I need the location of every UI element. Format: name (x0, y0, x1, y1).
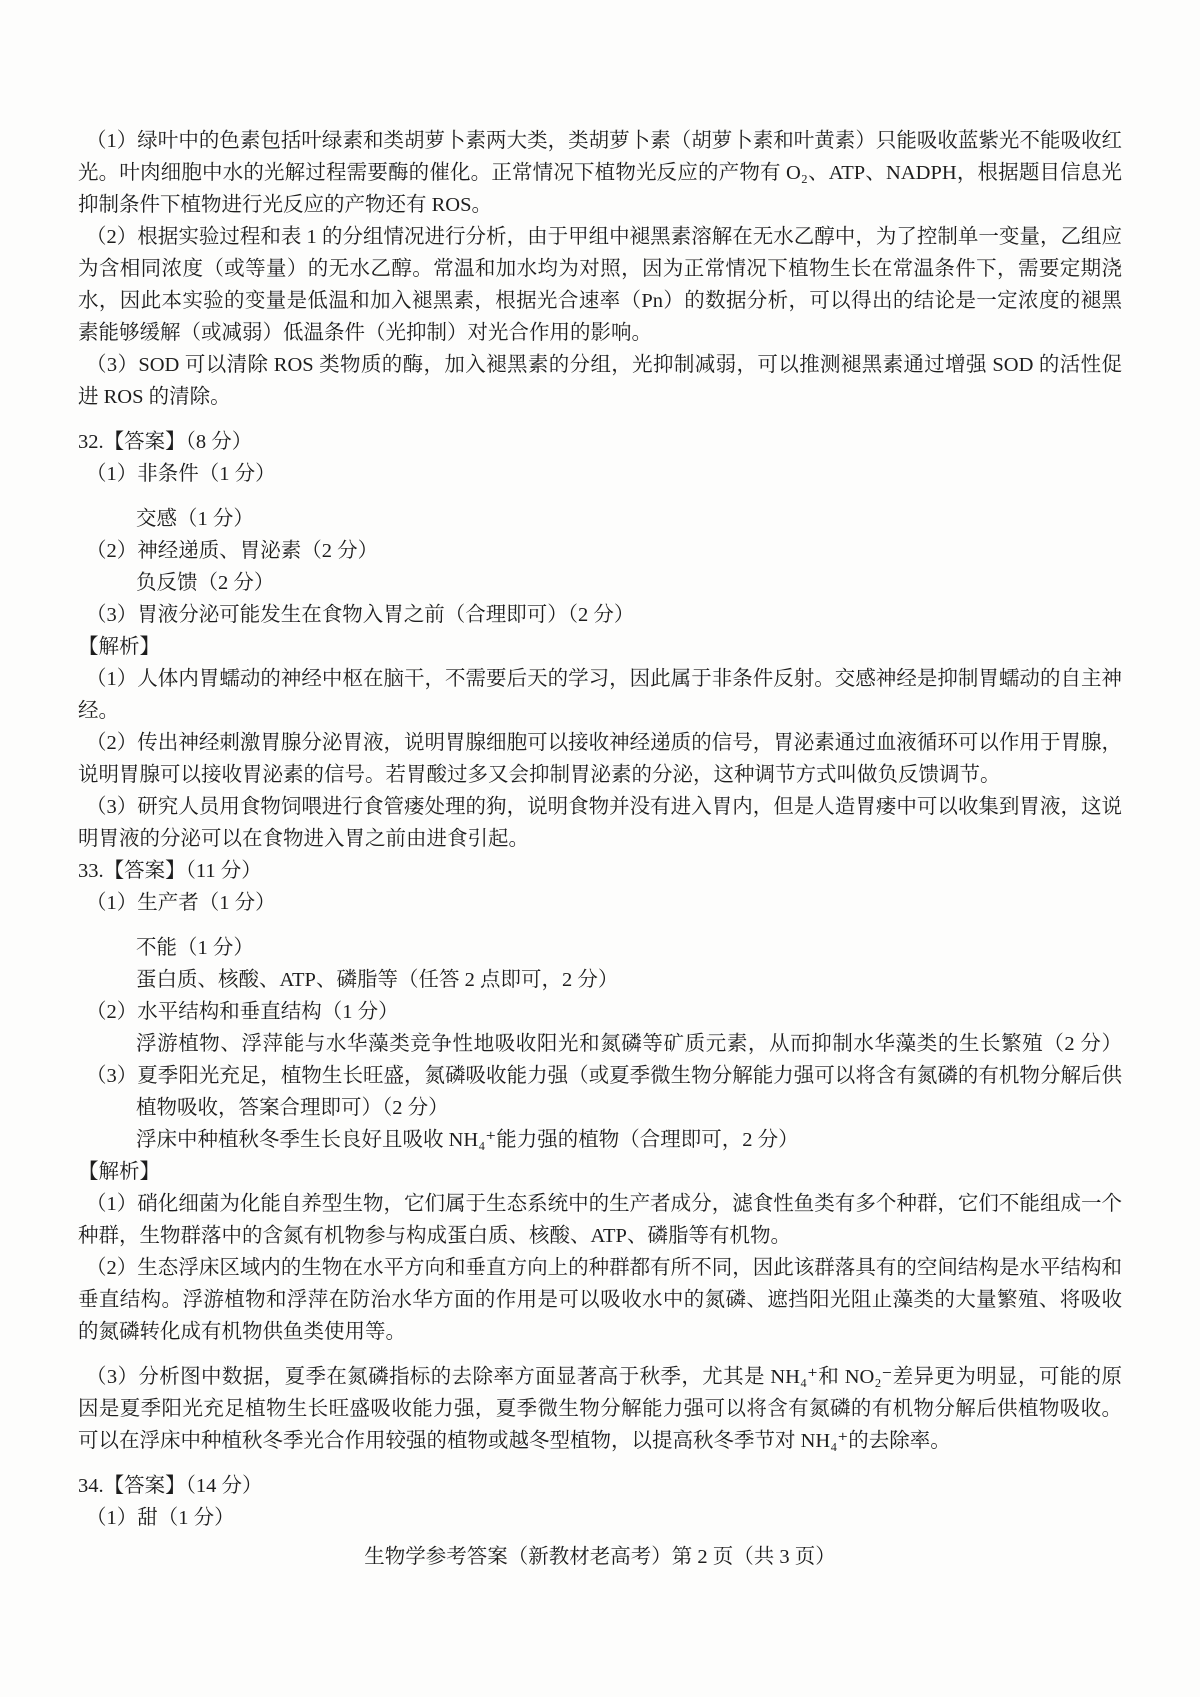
q33-answer-item-1-sub2: 蛋白质、核酸、ATP、磷脂等（任答 2 点即可，2 分） (136, 964, 1122, 996)
q33-answer-item-1: （1）生产者（1 分） (86, 887, 1122, 919)
q33-answer-item-2: （2）水平结构和垂直结构（1 分） (86, 996, 1122, 1028)
q33-answer-item-2-sub: 浮游植物、浮萍能与水华藻类竞争性地吸收阳光和氮磷等矿质元素，从而抑制水华藻类的生… (136, 1028, 1122, 1060)
q33-answer-heading: 33.【答案】（11 分） (78, 855, 1122, 887)
q32-analysis-paragraph-1: （1）人体内胃蠕动的神经中枢在脑干，不需要后天的学习，因此属于非条件反射。交感神… (78, 663, 1122, 727)
q32-answer-item-1: （1）非条件（1 分） (86, 458, 1122, 490)
q33-analysis-paragraph-1: （1）硝化细菌为化能自养型生物，它们属于生态系统中的生产者成分，滤食性鱼类有多个… (78, 1188, 1122, 1252)
q33-analysis-paragraph-3: （3）分析图中数据，夏季在氮磷指标的去除率方面显著高于秋季，尤其是 NH₄⁺和 … (78, 1361, 1122, 1457)
q32-answer-item-1-sub: 交感（1 分） (136, 503, 1122, 535)
q33-analysis-label: 【解析】 (78, 1156, 1122, 1188)
q34-answer-heading: 34.【答案】（14 分） (78, 1470, 1122, 1502)
answer-key-content: （1）绿叶中的色素包括叶绿素和类胡萝卜素两大类，类胡萝卜素（胡萝卜素和叶黄素）只… (78, 125, 1122, 1534)
q33-analysis-paragraph-2: （2）生态浮床区域内的生物在水平方向和垂直方向上的种群都有所不同，因此该群落具有… (78, 1252, 1122, 1348)
q32-answer-item-3: （3）胃液分泌可能发生在食物入胃之前（合理即可）（2 分） (86, 599, 1122, 631)
q33-answer-item-3-sub: 浮床中种植秋冬季生长良好且吸收 NH₄⁺能力强的植物（合理即可，2 分） (136, 1124, 1122, 1156)
q33-answer-item-3: （3）夏季阳光充足，植物生长旺盛，氮磷吸收能力强（或夏季微生物分解能力强可以将含… (86, 1060, 1122, 1124)
page-footer: 生物学参考答案（新教材老高考）第 2 页（共 3 页） (0, 1541, 1200, 1573)
q32-analysis-label: 【解析】 (78, 631, 1122, 663)
q31-analysis-paragraph-3: （3）SOD 可以清除 ROS 类物质的酶，加入褪黑素的分组，光抑制减弱，可以推… (78, 349, 1122, 413)
answer-key-page: （1）绿叶中的色素包括叶绿素和类胡萝卜素两大类，类胡萝卜素（胡萝卜素和叶黄素）只… (0, 0, 1200, 1697)
q31-analysis-paragraph-1: （1）绿叶中的色素包括叶绿素和类胡萝卜素两大类，类胡萝卜素（胡萝卜素和叶黄素）只… (78, 125, 1122, 221)
q32-answer-heading: 32.【答案】（8 分） (78, 426, 1122, 458)
q32-analysis-paragraph-3: （3）研究人员用食物饲喂进行食管瘘处理的狗，说明食物并没有进入胃内，但是人造胃瘘… (78, 791, 1122, 855)
q34-answer-item-1: （1）甜（1 分） (86, 1502, 1122, 1534)
q32-answer-item-2: （2）神经递质、胃泌素（2 分） (86, 535, 1122, 567)
q31-analysis-paragraph-2: （2）根据实验过程和表 1 的分组情况进行分析，由于甲组中褪黑素溶解在无水乙醇中… (78, 221, 1122, 349)
q32-analysis-paragraph-2: （2）传出神经刺激胃腺分泌胃液，说明胃腺细胞可以接收神经递质的信号，胃泌素通过血… (78, 727, 1122, 791)
q32-answer-item-2-sub: 负反馈（2 分） (136, 567, 1122, 599)
q33-answer-item-1-sub1: 不能（1 分） (136, 932, 1122, 964)
